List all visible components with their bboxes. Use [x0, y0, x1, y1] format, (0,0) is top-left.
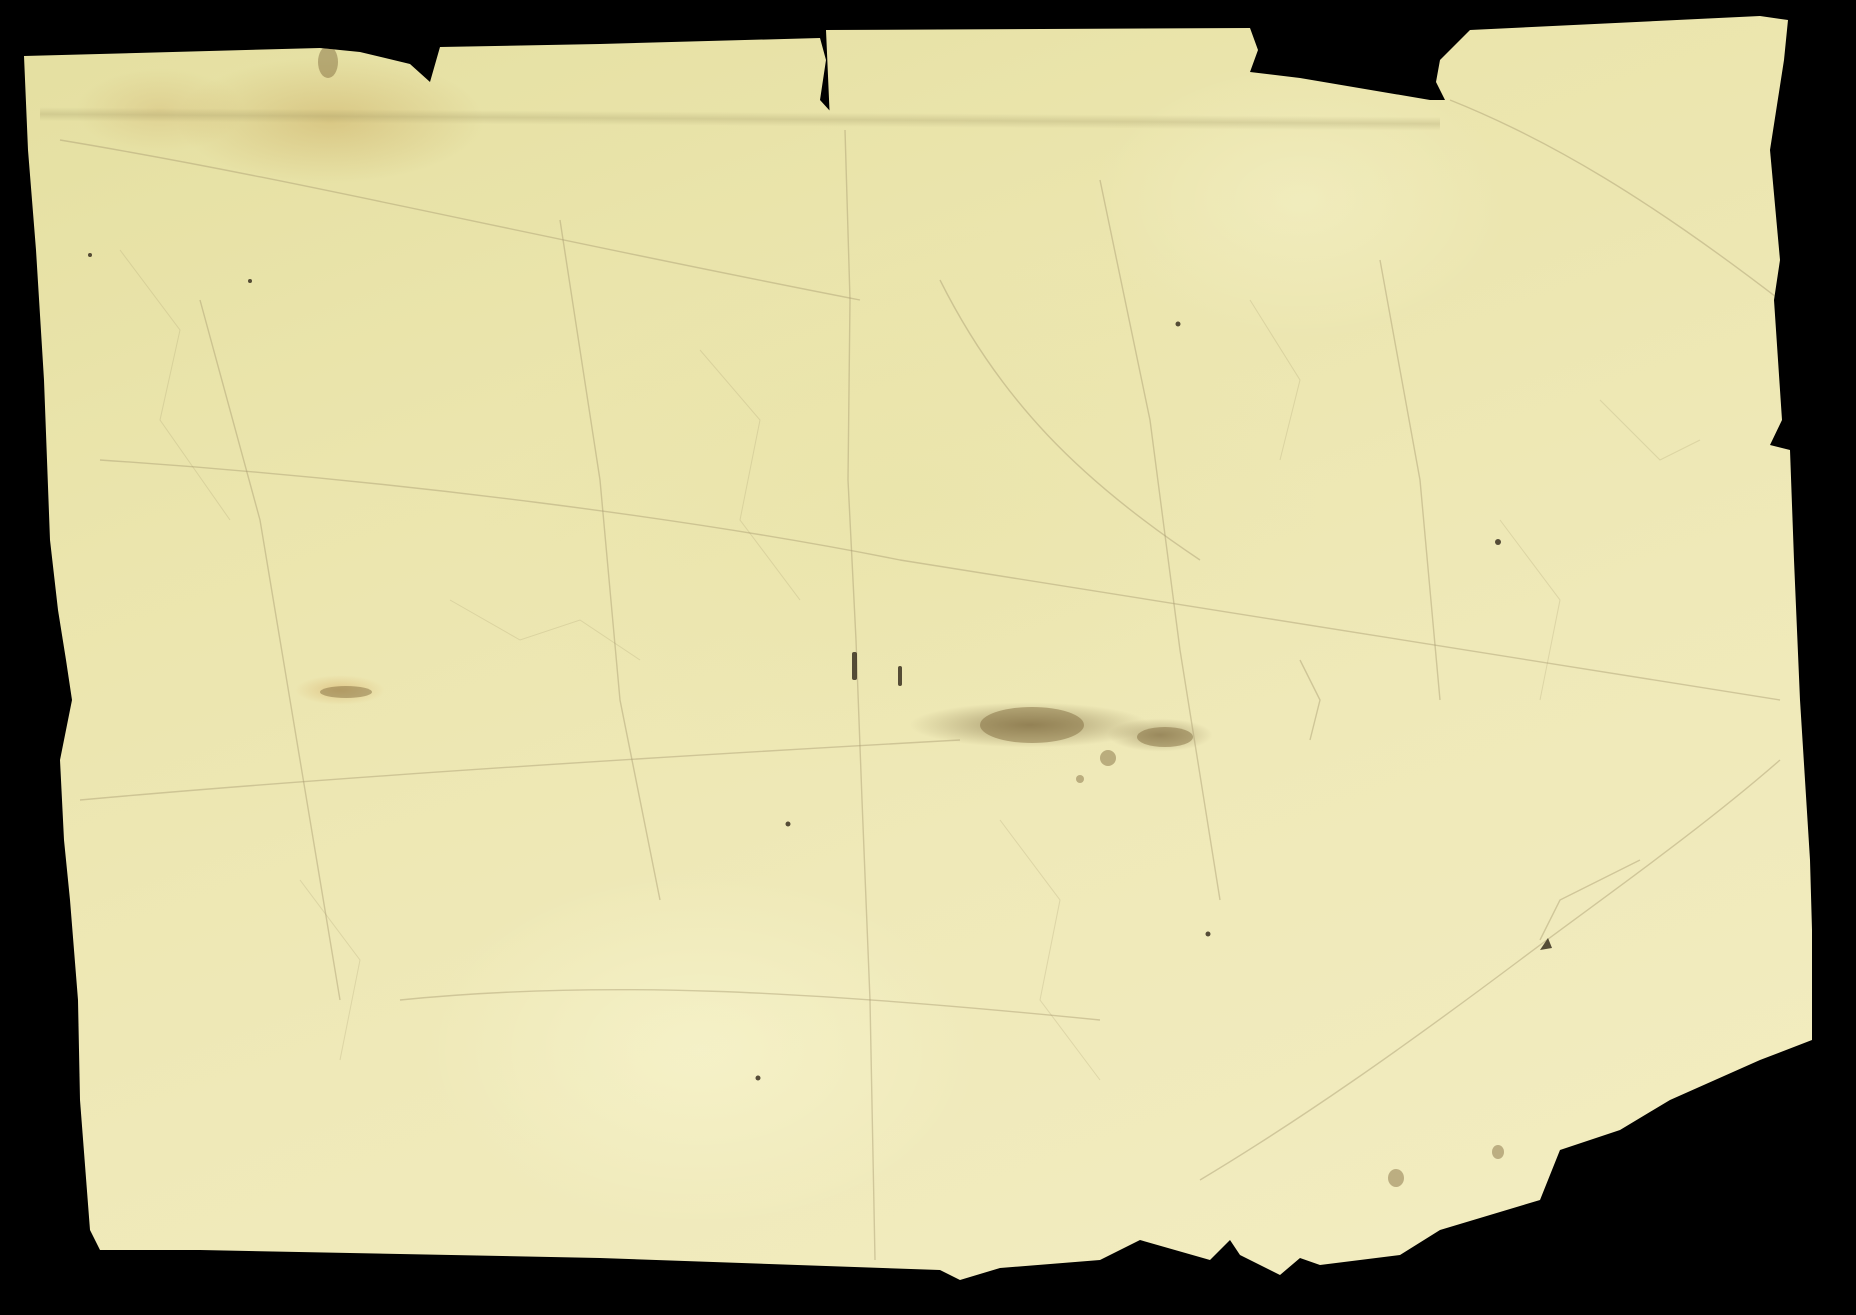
paper-sheet [0, 0, 1856, 1315]
photo-stage [0, 0, 1856, 1315]
paper-cracks [0, 0, 1856, 1315]
